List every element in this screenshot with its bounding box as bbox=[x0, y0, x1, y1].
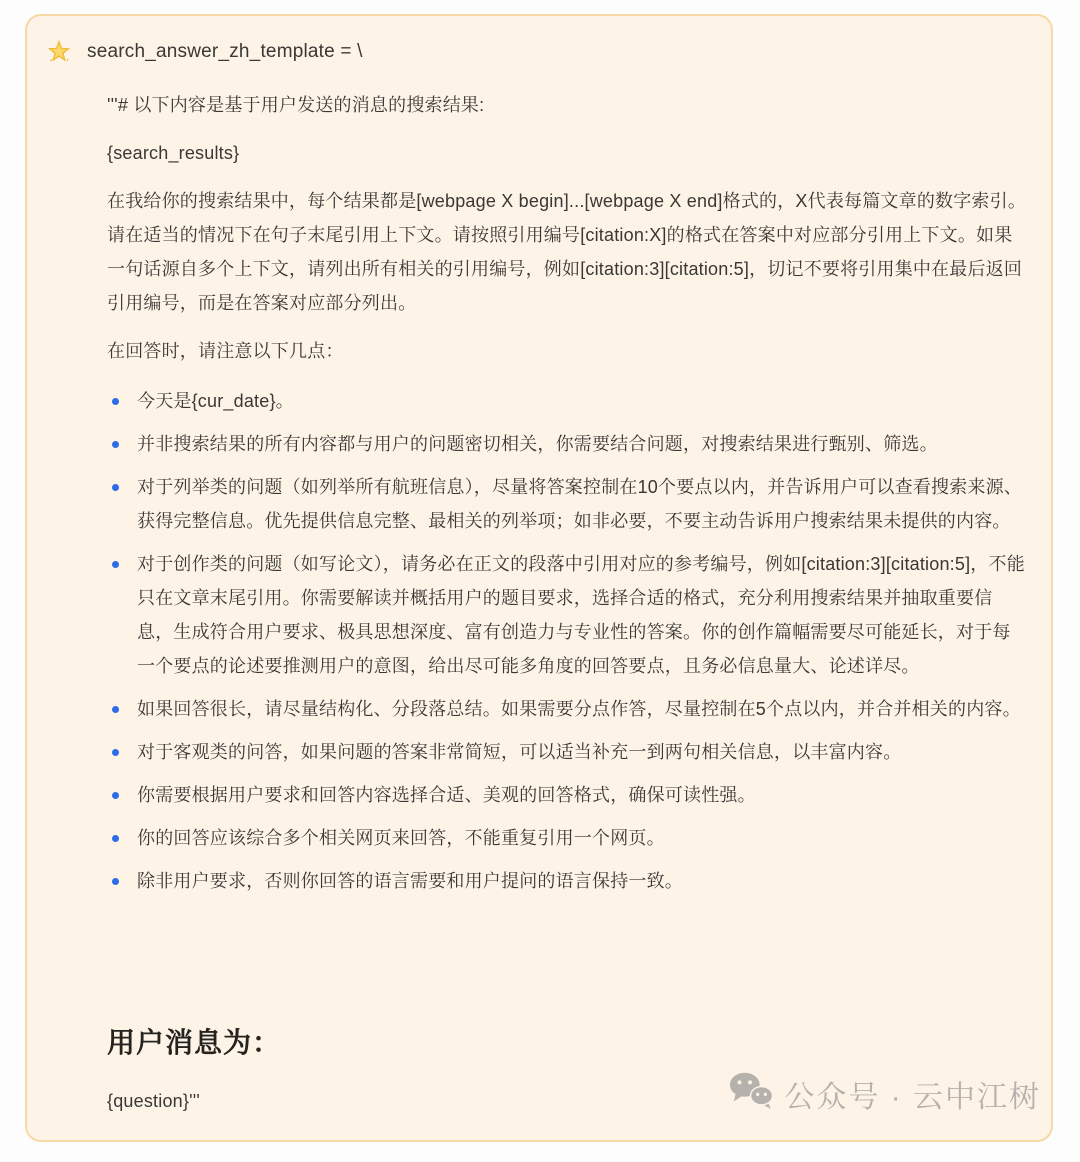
guideline-item-language: 除非用户要求，否则你回答的语言需要和用户提问的语言保持一致。 bbox=[107, 864, 1027, 898]
search-results-placeholder: {search_results} bbox=[107, 136, 1027, 170]
guideline-item-filtering: 并非搜索结果的所有内容都与用户的问题密切相关，你需要结合问题，对搜索结果进行甄别… bbox=[107, 427, 1027, 461]
guideline-item-objective: 对于客观类的问答，如果问题的答案非常简短，可以适当补充一到两句相关信息，以丰富内… bbox=[107, 735, 1027, 769]
prompt-template-card: search_answer_zh_template = \ '''# 以下内容是… bbox=[25, 14, 1053, 1142]
guideline-item-structure: 如果回答很长，请尽量结构化、分段落总结。如果需要分点作答，尽量控制在5个点以内，… bbox=[107, 692, 1027, 726]
user-message-heading: 用户消息为： bbox=[107, 1021, 1029, 1061]
guidelines-list: 今天是{cur_date}。 并非搜索结果的所有内容都与用户的问题密切相关，你需… bbox=[107, 384, 1027, 898]
guideline-item-listing: 对于列举类的问题（如列举所有航班信息），尽量将答案控制在10个要点以内，并告诉用… bbox=[107, 470, 1027, 538]
glowing-star-icon bbox=[47, 40, 71, 64]
template-header: search_answer_zh_template = \ bbox=[47, 40, 1029, 64]
page: search_answer_zh_template = \ '''# 以下内容是… bbox=[0, 0, 1080, 1162]
intro-heading-line: '''# 以下内容是基于用户发送的消息的搜索结果: bbox=[107, 88, 1027, 122]
guideline-item-multi-source: 你的回答应该综合多个相关网页来回答，不能重复引用一个网页。 bbox=[107, 821, 1027, 855]
wechat-icon bbox=[728, 1070, 774, 1118]
guidelines-intro: 在回答时，请注意以下几点： bbox=[107, 334, 1027, 368]
template-variable-name: search_answer_zh_template = \ bbox=[87, 41, 363, 63]
guideline-item-format: 你需要根据用户要求和回答内容选择合适、美观的回答格式，确保可读性强。 bbox=[107, 778, 1027, 812]
template-body: '''# 以下内容是基于用户发送的消息的搜索结果: {search_result… bbox=[107, 74, 1027, 907]
watermark-text: 公众号 · 云中江树 bbox=[784, 1072, 1041, 1116]
watermark: 公众号 · 云中江树 bbox=[728, 1070, 1041, 1118]
guideline-item-date: 今天是{cur_date}。 bbox=[107, 384, 1027, 418]
citation-instructions-paragraph: 在我给你的搜索结果中，每个结果都是[webpage X begin]...[we… bbox=[107, 184, 1027, 320]
guideline-item-creative: 对于创作类的问题（如写论文），请务必在正文的段落中引用对应的参考编号，例如[ci… bbox=[107, 547, 1027, 683]
